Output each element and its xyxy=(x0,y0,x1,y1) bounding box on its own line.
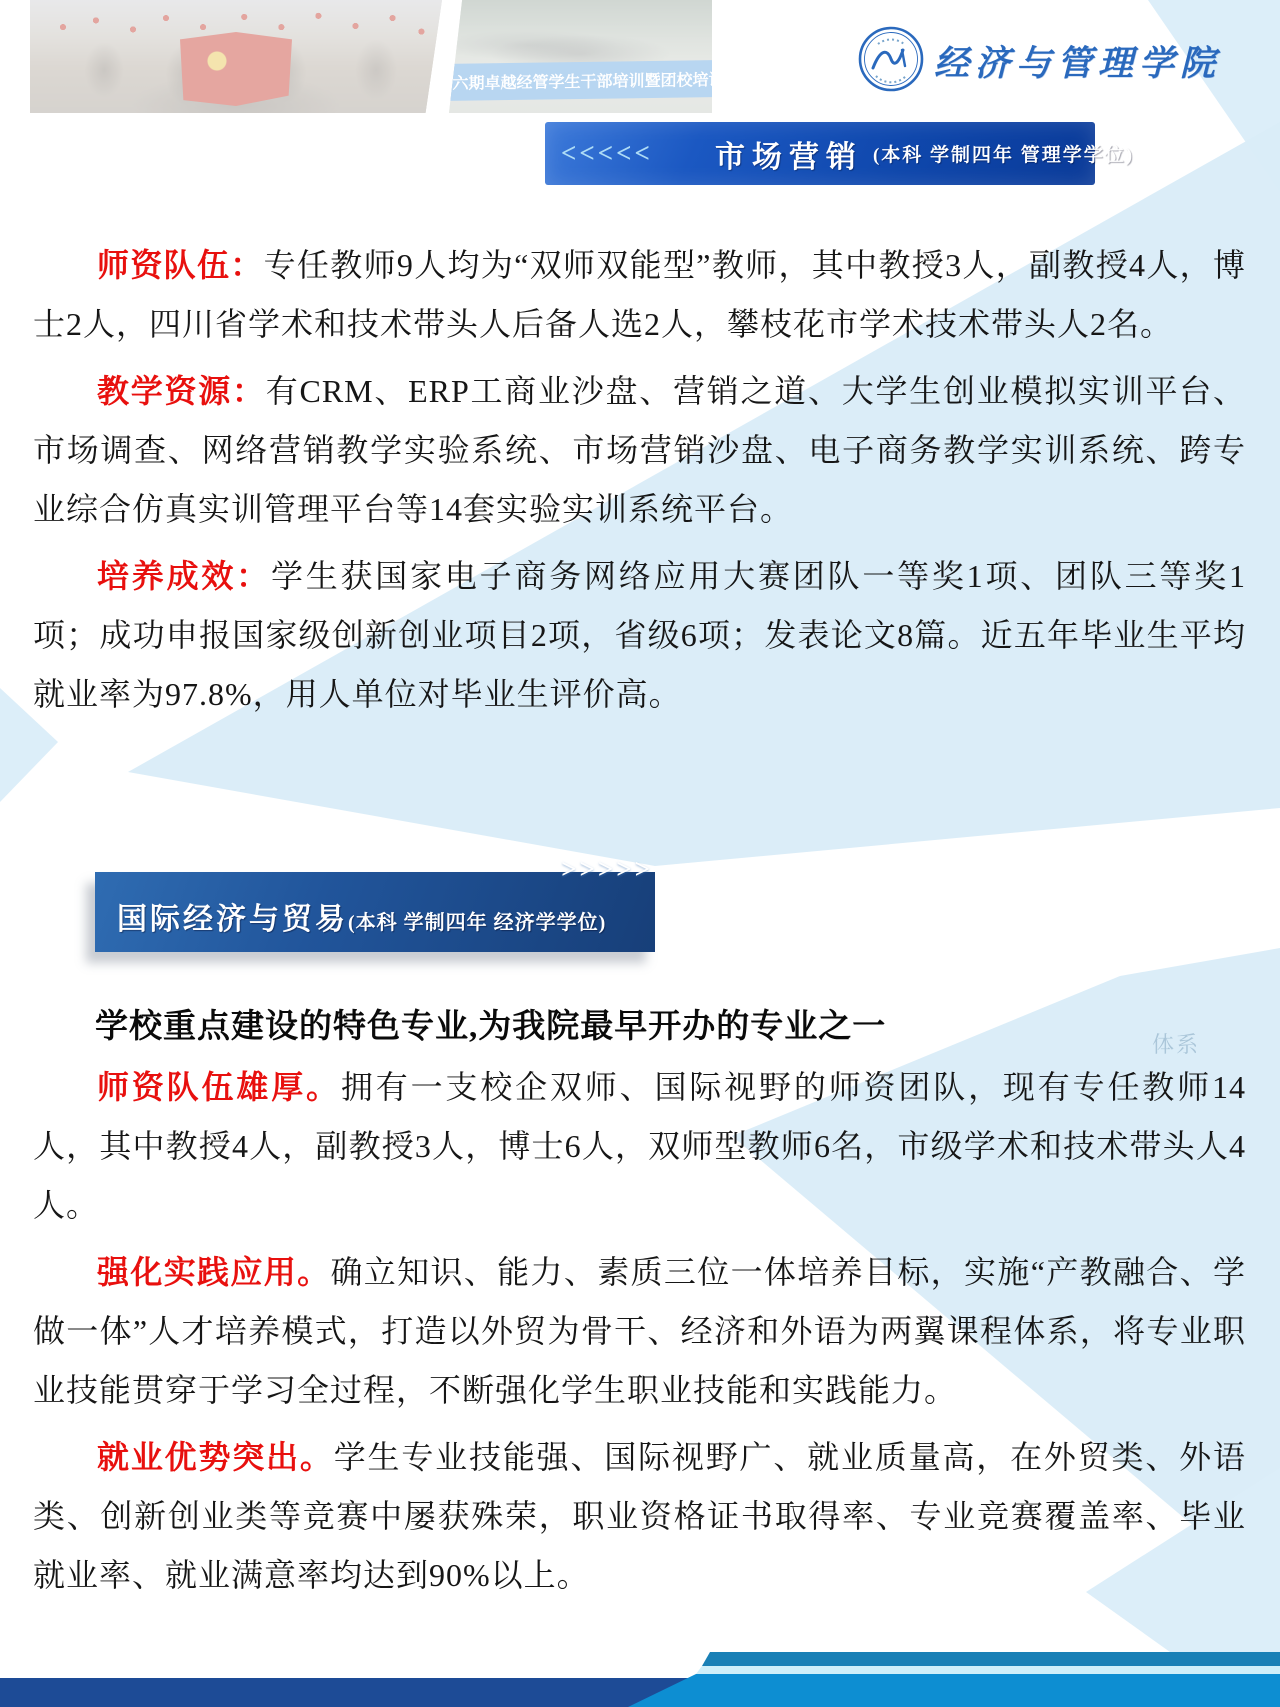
bottom-stripe-teal xyxy=(702,1652,1280,1666)
section-banner-international-trade: >>>>> 国际经济与贸易(本科 学制四年 经济学学位) xyxy=(95,872,655,952)
banner-subtitle: (本科 学制四年 管理学学位) xyxy=(873,140,1134,167)
paragraph-faculty: 师资队伍：专任教师9人均为“双师双能型”教师，其中教授3人，副教授4人，博士2人… xyxy=(33,236,1246,354)
paragraph-label: 师资队伍： xyxy=(97,247,264,283)
paragraph-strong-faculty: 师资队伍雄厚。拥有一支校企双师、国际视野的师资团队，现有专任教师14人，其中教授… xyxy=(33,1058,1246,1235)
ghost-text: 体系 xyxy=(1152,1028,1200,1059)
banner-title: 市场营销 xyxy=(715,132,863,176)
section-international-trade-body: 师资队伍雄厚。拥有一支校企双师、国际视野的师资团队，现有专任教师14人，其中教授… xyxy=(33,1058,1246,1613)
bottom-bar-navy xyxy=(0,1678,712,1707)
paragraph-teaching-resources: 教学资源：有CRM、ERP工商业沙盘、营销之道、大学生创业模拟实训平台、市场调查… xyxy=(33,362,1246,539)
section-banner-marketing: <<<<< 市场营销 (本科 学制四年 管理学学位) xyxy=(545,122,1095,185)
paragraph-label: 师资队伍雄厚。 xyxy=(97,1069,341,1105)
banner-subtitle: (本科 学制四年 经济学学位) xyxy=(348,912,606,934)
paragraph-label: 强化实践应用。 xyxy=(97,1254,330,1290)
paragraph-label: 就业优势突出。 xyxy=(97,1439,334,1475)
bottom-stripe-pale-cyan xyxy=(696,1666,1280,1674)
paragraph-practice: 强化实践应用。确立知识、能力、素质三位一体培养目标，实施“产教融合、学做一体”人… xyxy=(33,1243,1246,1420)
photo-party-flag-group xyxy=(30,0,442,113)
photo-training-group: 第六期卓越经管学生干部培训暨团校培训 xyxy=(449,0,712,113)
paragraph-training-results: 培养成效：学生获国家电子商务网络应用大赛团队一等奖1项、团队三等奖1项；成功申报… xyxy=(33,547,1246,724)
paragraph-label: 教学资源： xyxy=(97,373,266,409)
photo-fade-overlay xyxy=(30,0,442,113)
brochure-page: 第六期卓越经管学生干部培训暨团校培训 经济与管理学院 <<<<< 市场营销 (本… xyxy=(0,0,1280,1707)
right-arrows-icon: >>>>> xyxy=(561,854,653,885)
bottom-bar-bright-blue xyxy=(628,1674,1280,1707)
banner-title-line: 国际经济与贸易(本科 学制四年 经济学学位) xyxy=(117,894,606,938)
left-arrows-icon: <<<<< xyxy=(561,138,653,169)
section-marketing-body: 师资队伍：专任教师9人均为“双师双能型”教师，其中教授3人，副教授4人，博士2人… xyxy=(33,236,1246,732)
section-intro-heading: 学校重点建设的特色专业,为我院最早开办的专业之一 xyxy=(95,1000,886,1047)
paragraph-employment: 就业优势突出。学生专业技能强、国际视野广、就业质量高，在外贸类、外语类、创新创业… xyxy=(33,1428,1246,1605)
college-name: 经济与管理学院 xyxy=(934,36,1221,86)
banner-title: 国际经济与贸易 xyxy=(117,903,348,936)
paragraph-label: 培养成效： xyxy=(97,558,271,594)
photo-fade-overlay xyxy=(449,0,712,113)
college-logo-icon xyxy=(858,26,924,92)
